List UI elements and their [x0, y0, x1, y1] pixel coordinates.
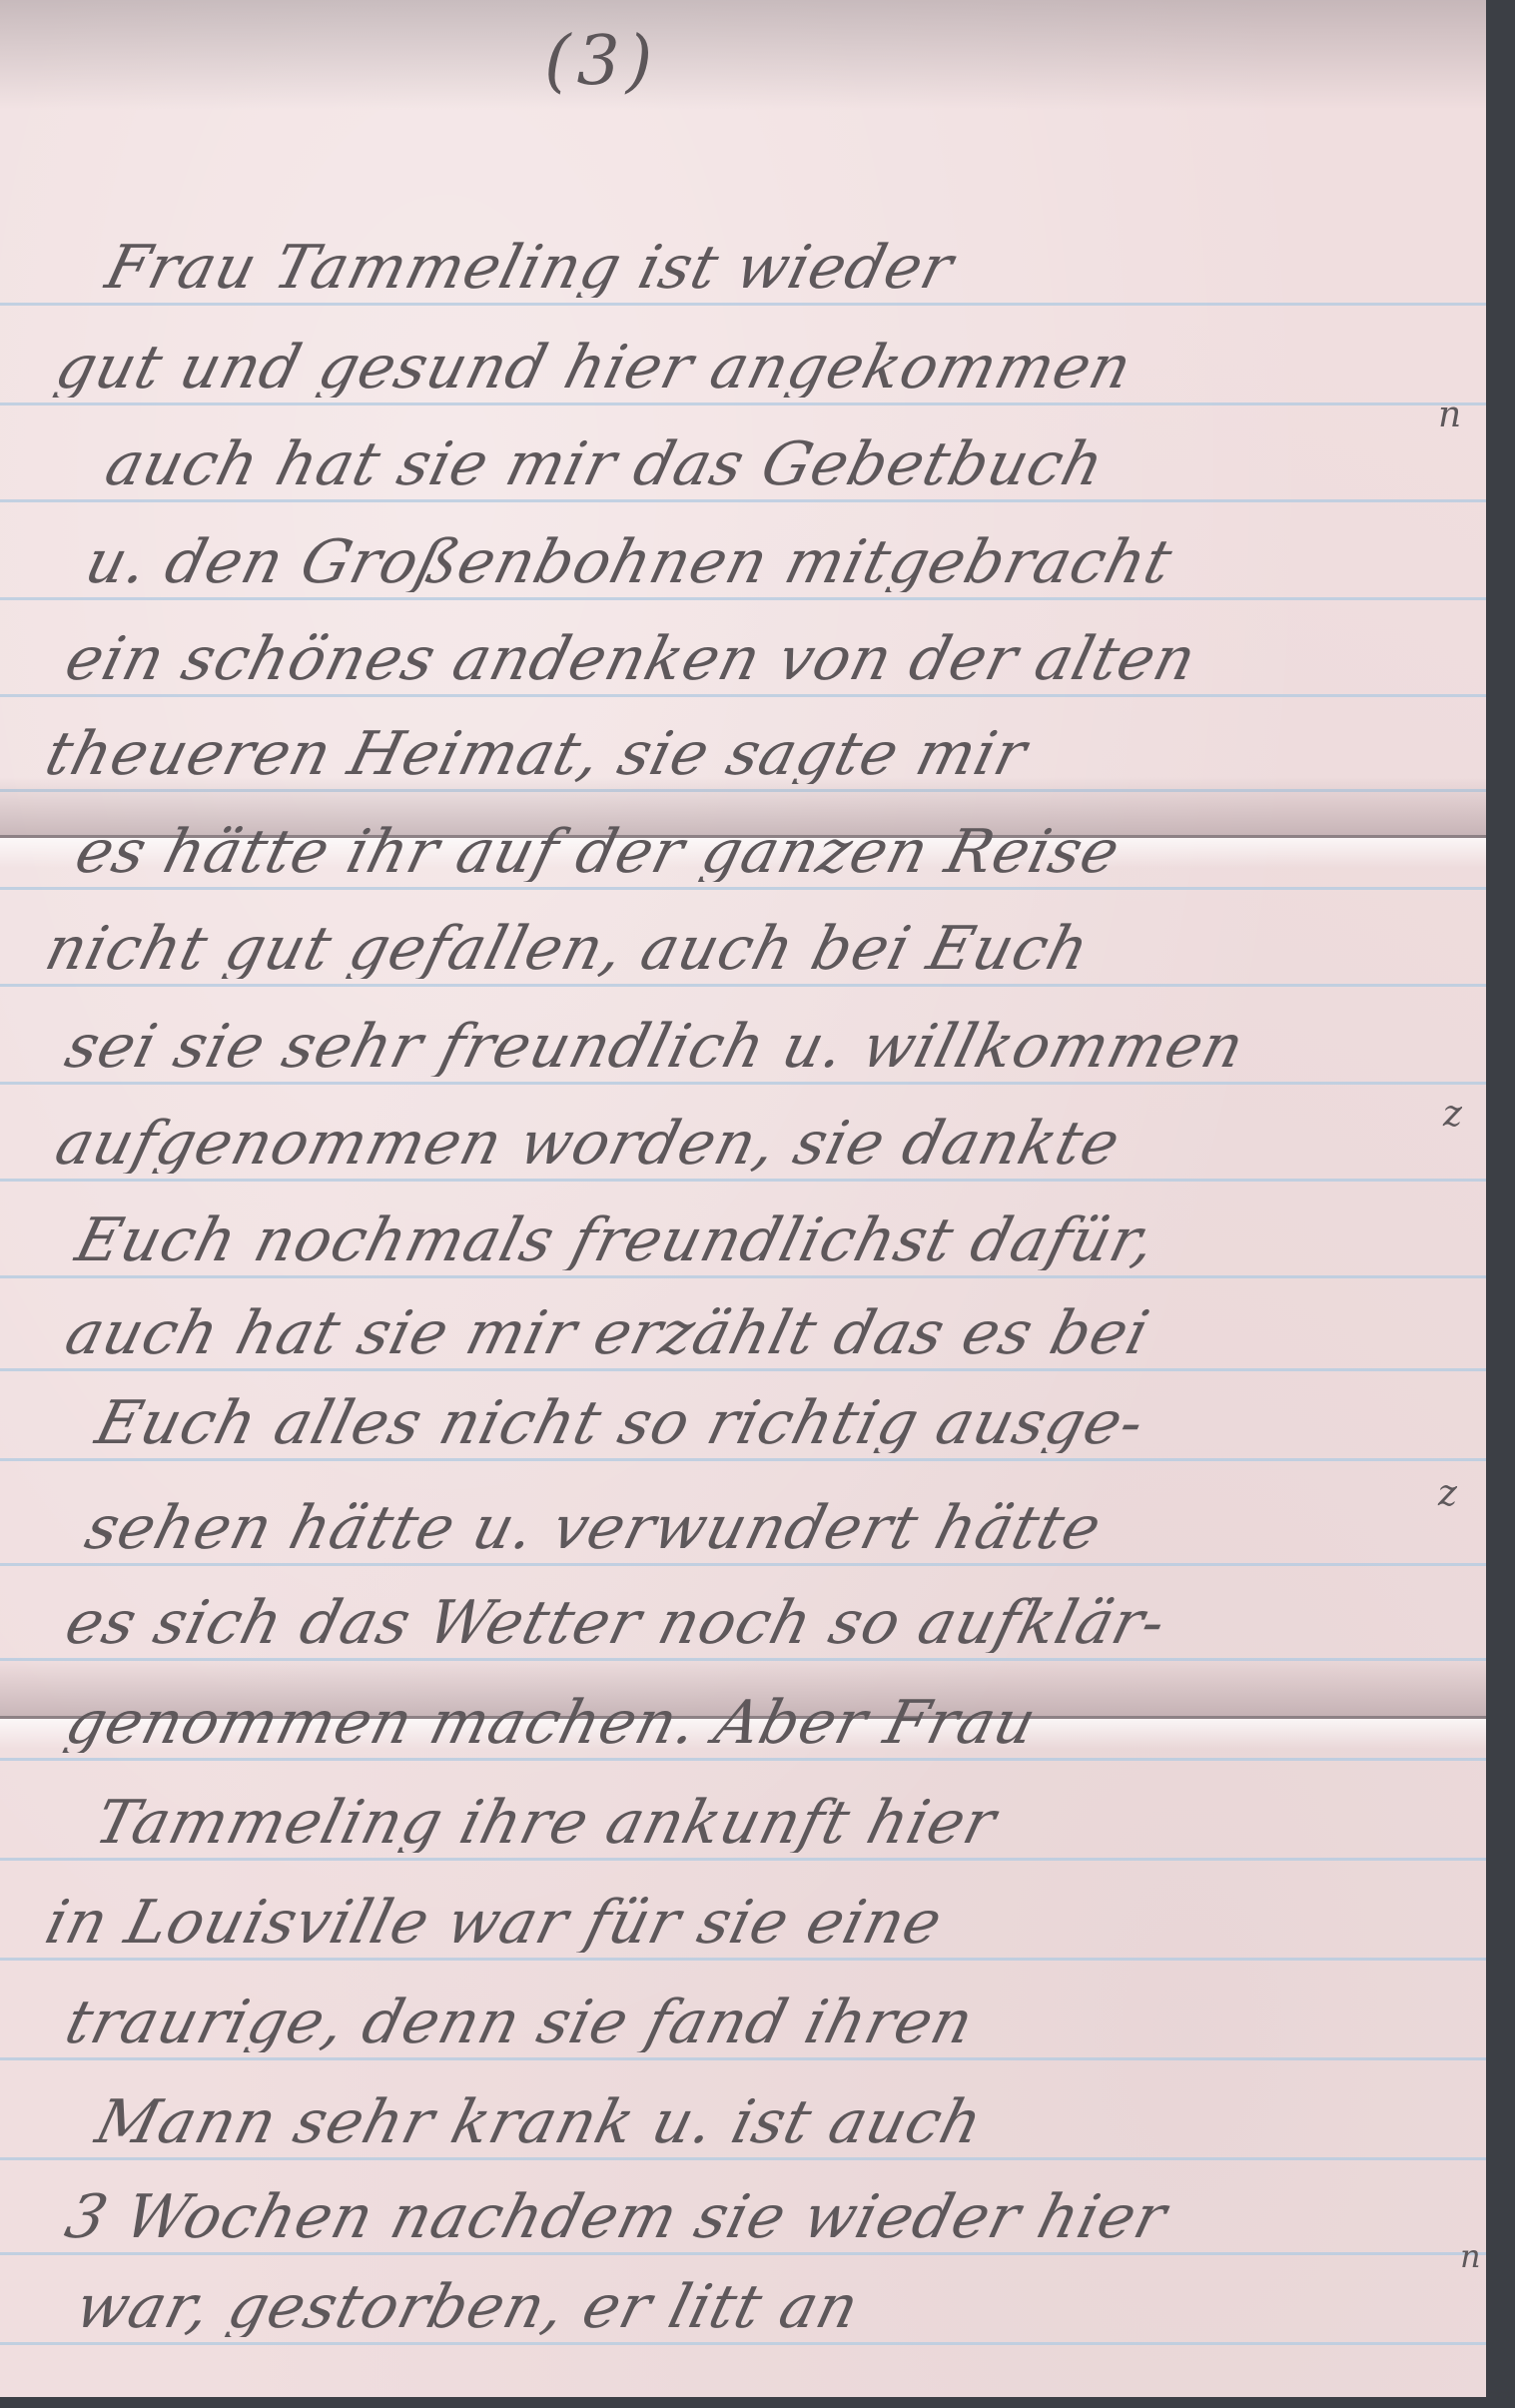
margin-mark: n — [1460, 2237, 1481, 2275]
handwritten-line: es sich das Wetter noch so aufklär- — [60, 1593, 1486, 1653]
handwritten-line: 3 Wochen nachdem sie wieder hier — [60, 2187, 1486, 2247]
page-number: (3) — [544, 22, 658, 101]
handwritten-line: nicht gut gefallen, auch bei Euch — [40, 919, 1473, 979]
ruled-line — [0, 1082, 1486, 1085]
ruled-line — [0, 2342, 1486, 2345]
ruled-line — [0, 597, 1486, 600]
ruled-line — [0, 984, 1486, 987]
handwritten-line: in Louisville war für sie eine — [40, 1893, 1473, 1953]
ruled-line — [0, 2252, 1486, 2255]
handwritten-line: sehen hätte u. verwundert hätte — [80, 1498, 1486, 1558]
ruled-line — [0, 303, 1486, 306]
margin-mark: z — [1443, 1094, 1462, 1135]
handwritten-line: Mann sehr krank u. ist auch — [90, 2092, 1486, 2152]
ruled-line — [0, 1958, 1486, 1961]
handwritten-line: traurige, denn sie fand ihren — [60, 1993, 1486, 2052]
ruled-line — [0, 1758, 1486, 1761]
handwritten-line: theueren Heimat, sie sagte mir — [40, 724, 1473, 784]
handwritten-line: genommen machen. Aber Frau — [60, 1693, 1486, 1753]
letter-page: (3) Frau Tammeling ist wieder gut und ge… — [0, 0, 1486, 2397]
margin-mark: z — [1438, 1473, 1457, 1514]
scan-border-bottom — [0, 2397, 1515, 2408]
handwritten-line: Euch nochmals freundlichst dafür, — [70, 1210, 1486, 1270]
ruled-line — [0, 499, 1486, 502]
ruled-line — [0, 887, 1486, 890]
ruled-line — [0, 1563, 1486, 1566]
ruled-line — [0, 1275, 1486, 1278]
handwritten-line: Tammeling ihre ankunft hier — [90, 1793, 1486, 1853]
handwritten-line: aufgenommen worden, sie dankte — [50, 1114, 1483, 1174]
ruled-line — [0, 1368, 1486, 1371]
handwritten-line: Euch alles nicht so richtig ausge- — [90, 1393, 1486, 1453]
ruled-line — [0, 402, 1486, 405]
ruled-line — [0, 2057, 1486, 2060]
ruled-line — [0, 1458, 1486, 1461]
handwritten-line: war, gestorben, er litt an — [70, 2277, 1486, 2337]
ruled-line — [0, 1179, 1486, 1182]
margin-mark: n — [1438, 395, 1461, 435]
ruled-line — [0, 694, 1486, 697]
top-shadow — [0, 0, 1486, 110]
ruled-line — [0, 2157, 1486, 2160]
handwritten-line: gut und gesund hier angekommen — [50, 338, 1483, 398]
ruled-line — [0, 1858, 1486, 1861]
handwritten-line: auch hat sie mir erzählt das es bei — [60, 1303, 1486, 1363]
scan-border-right — [1486, 0, 1515, 2408]
handwritten-line: ein schönes andenken von der alten — [60, 629, 1486, 689]
handwritten-line: sei sie sehr freundlich u. willkommen — [60, 1017, 1486, 1077]
handwritten-line: u. den Großenbohnen mitgebracht — [80, 532, 1486, 592]
handwritten-line: auch hat sie mir das Gebetbuch — [100, 434, 1486, 494]
handwritten-line: Frau Tammeling ist wieder — [100, 238, 1486, 298]
handwritten-line: es hätte ihr auf der ganzen Reise — [70, 822, 1486, 882]
